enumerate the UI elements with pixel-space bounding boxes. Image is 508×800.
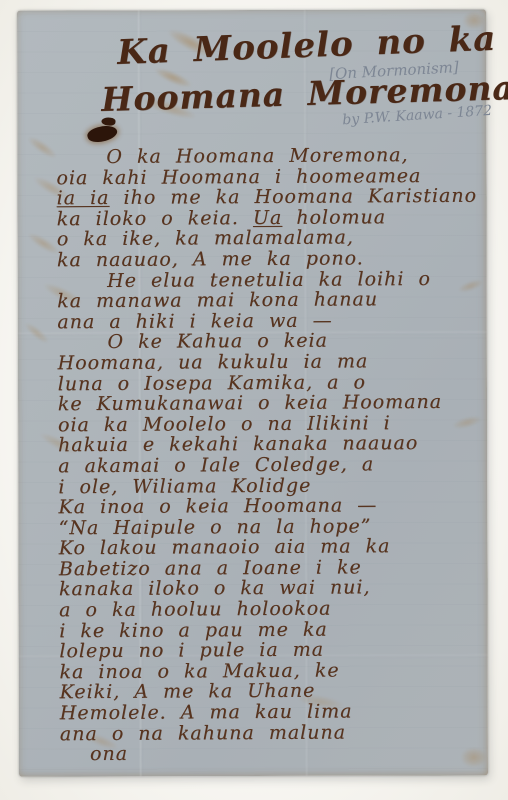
manuscript-line: ia ia iho me ka Hoomana Karistiano bbox=[57, 186, 482, 209]
ink-blot bbox=[86, 123, 119, 145]
foxing-stain bbox=[22, 320, 51, 346]
manuscript-line: lolepu no i pule ia ma bbox=[59, 639, 484, 662]
manuscript-line: He elua tenetulia ka loihi o bbox=[57, 268, 482, 291]
manuscript-line: i ke kino a pau me ka bbox=[59, 618, 484, 641]
manuscript-line: i ole, Wiliama Kolidge bbox=[58, 474, 483, 497]
foxing-stain bbox=[26, 134, 60, 162]
manuscript-line: Ka inoa o keia Hoomana — bbox=[58, 495, 483, 518]
manuscript-line: a o ka hooluu holookoa bbox=[59, 598, 484, 621]
manuscript-line: O ke Kahua o keia bbox=[57, 330, 482, 353]
manuscript-line: kanaka iloko o ka wai nui, bbox=[59, 577, 484, 600]
document-scan: { "colors": { "paper": "#afb6bb", "ink":… bbox=[0, 0, 508, 800]
manuscript-line: Babetizo ana a Ioane i ke bbox=[59, 557, 484, 580]
manuscript-line: ana o na kahuna maluna bbox=[60, 721, 485, 744]
manuscript-line: ka inoa o ka Makua, ke bbox=[59, 659, 484, 682]
manuscript-line: hakuia e kekahi kanaka naauao bbox=[58, 433, 483, 456]
manuscript-line: ke Kumukanawai o keia Hoomana bbox=[58, 392, 483, 415]
manuscript-line: “Na Haipule o na la hope” bbox=[59, 515, 484, 538]
manuscript-line: ka manawa mai kona hanau bbox=[57, 289, 482, 312]
manuscript-line: Ko lakou manaoio aia ma ka bbox=[59, 536, 484, 559]
manuscript-line: a akamai o Iale Coledge, a bbox=[58, 454, 483, 477]
manuscript-line: ka iloko o keia. Ua holomua bbox=[57, 206, 482, 229]
manuscript-line: oia ka Moolelo o na Ilikini i bbox=[58, 412, 483, 435]
manuscript-line: Keiki, A me ka Uhane bbox=[60, 680, 485, 703]
manuscript-line: o ka ike, ka malamalama, bbox=[57, 227, 482, 250]
manuscript-line: ona bbox=[60, 742, 485, 765]
manuscript-line: Hemolele. A ma kau lima bbox=[60, 701, 485, 724]
manuscript-line: Hoomana, ua kukulu ia ma bbox=[58, 351, 483, 374]
manuscript-line: ana a hiki i keia wa — bbox=[57, 309, 482, 332]
manuscript-paper: Ka Moolelo no ka [On Mormonism] Hoomana … bbox=[17, 9, 488, 776]
manuscript-body: O ka Hoomana Moremona,oia kahi Hoomana i… bbox=[56, 145, 485, 765]
